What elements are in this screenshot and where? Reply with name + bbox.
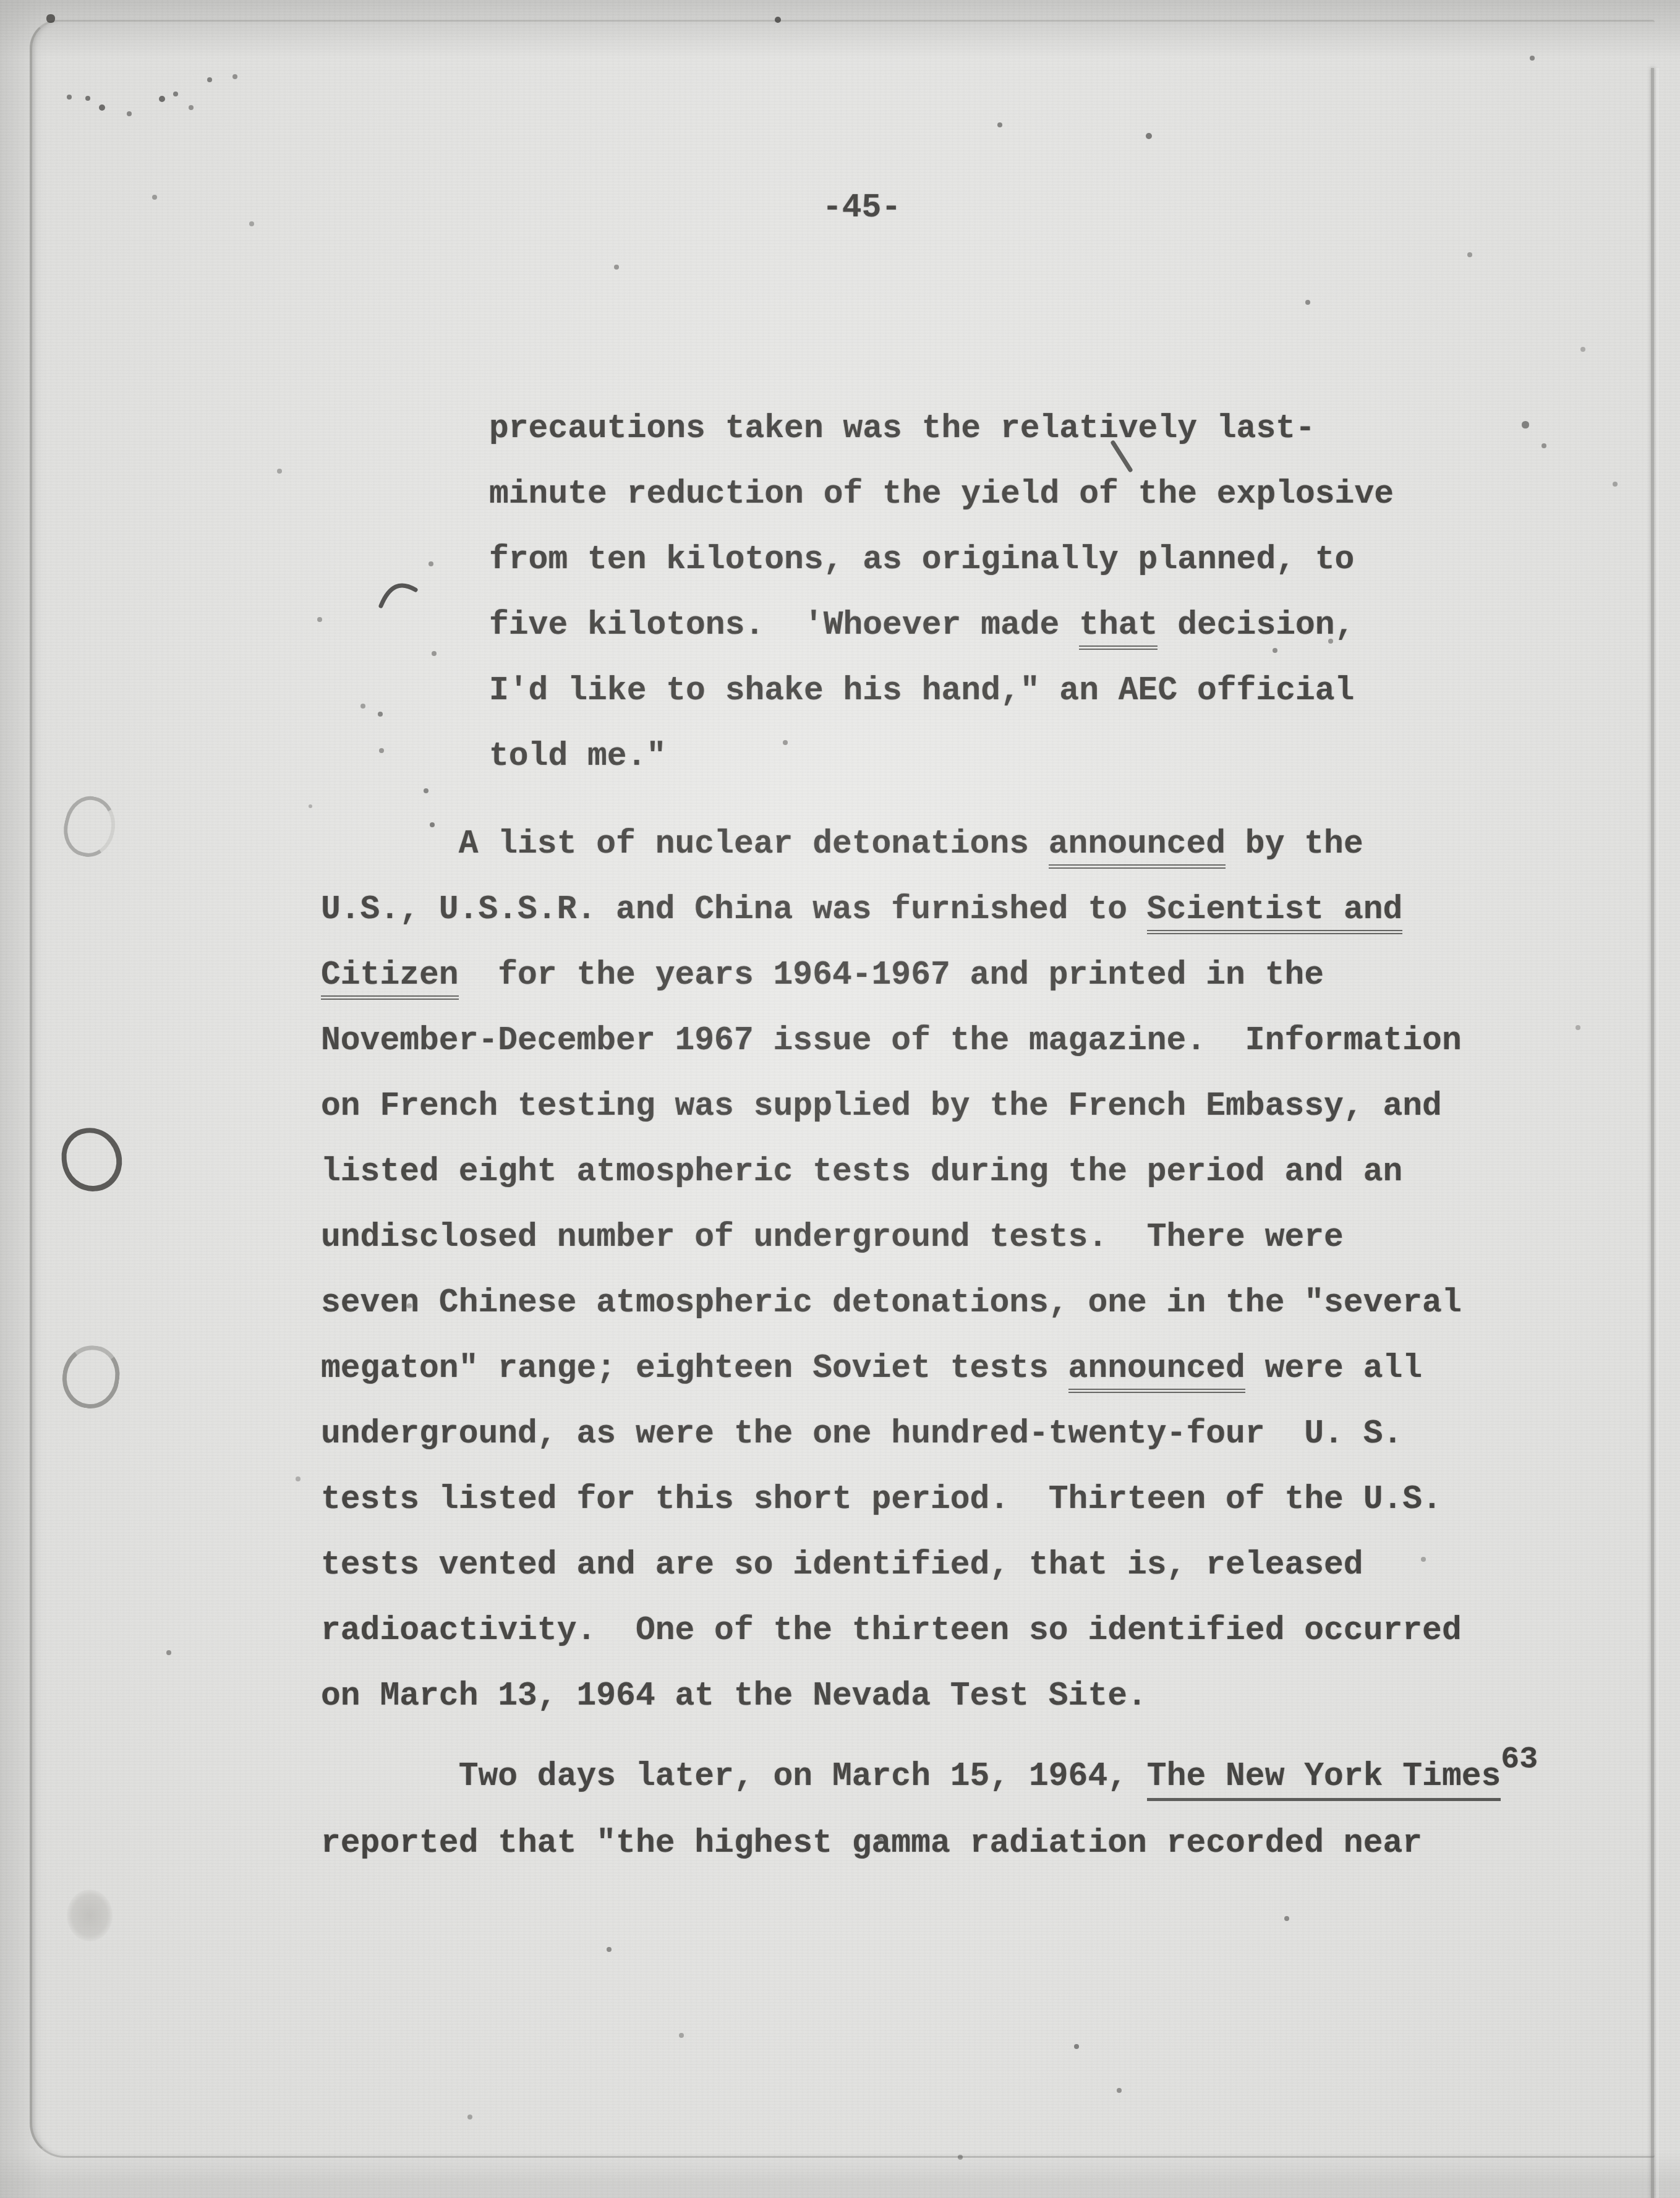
text-segment: November-December 1967 issue of the maga… [321, 1022, 1462, 1059]
text-line: reported that "the highest gamma radiati… [321, 1810, 1545, 1876]
text-line: Two days later, on March 15, 1964, The N… [321, 1744, 1545, 1810]
hole-punch-smudge-bottom [67, 1889, 113, 1941]
text-segment: radioactivity. One of the thirteen so id… [321, 1612, 1462, 1649]
text-line: underground, as were the one hundred-twe… [321, 1401, 1545, 1467]
text-line: listed eight atmospheric tests during th… [321, 1139, 1545, 1204]
text-segment: from ten kilotons, as originally planned… [489, 541, 1354, 578]
footnote-reference: 63 [1501, 1742, 1538, 1778]
text-line: minute reduction of the yield of the exp… [489, 461, 1545, 527]
text-segment: minute reduction of the yield of the exp… [489, 475, 1394, 513]
text-line: precautions taken was the relatively las… [489, 396, 1545, 461]
underlined-text: announced [1049, 825, 1226, 869]
underlined-text: The New York Times [1147, 1758, 1501, 1801]
text-line: on French testing was supplied by the Fr… [321, 1073, 1545, 1139]
hole-punch-ring-lower [58, 1342, 123, 1412]
text-line: tests vented and are so identified, that… [321, 1532, 1545, 1598]
text-segment: seven Chinese atmospheric detonations, o… [321, 1284, 1462, 1321]
underlined-text: Scientist and [1147, 891, 1402, 934]
text-segment: were all [1245, 1350, 1422, 1387]
block-quote: precautions taken was the relatively las… [489, 396, 1545, 789]
scanned-typewritten-page: -45- precautions taken was the relativel… [0, 0, 1680, 2198]
text-line: on March 13, 1964 at the Nevada Test Sit… [321, 1663, 1545, 1729]
text-line: from ten kilotons, as originally planned… [489, 527, 1545, 592]
text-line: U.S., U.S.S.R. and China was furnished t… [321, 877, 1545, 942]
text-line: I'd like to shake his hand," an AEC offi… [489, 658, 1545, 723]
text-segment: decision, [1158, 607, 1354, 644]
hole-punch-ring-top [58, 791, 121, 863]
text-segment: megaton" range; eighteen Soviet tests [321, 1350, 1068, 1387]
text-segment: on French testing was supplied by the Fr… [321, 1088, 1442, 1125]
text-segment: tests vented and are so identified, that… [321, 1546, 1363, 1583]
page-number: -45- [822, 189, 901, 226]
underlined-text: announced [1068, 1350, 1245, 1393]
text-segment: listed eight atmospheric tests during th… [321, 1153, 1402, 1190]
text-segment: for the years 1964-1967 and printed in t… [459, 956, 1324, 994]
paragraph-detonation-list: A list of nuclear detonations announced … [321, 811, 1545, 1729]
text-segment: precautions taken was the relatively las… [489, 410, 1315, 447]
text-segment: told me." [489, 738, 666, 775]
text-line: A list of nuclear detonations announced … [321, 811, 1545, 877]
text-line: megaton" range; eighteen Soviet tests an… [321, 1335, 1545, 1401]
text-segment: undisclosed number of underground tests.… [321, 1219, 1344, 1256]
text-line: told me." [489, 723, 1545, 789]
text-line: undisclosed number of underground tests.… [321, 1204, 1545, 1270]
typewritten-text: precautions taken was the relatively las… [321, 396, 1545, 1876]
text-segment: A list of nuclear detonations [321, 825, 1049, 863]
text-segment: reported that "the highest gamma radiati… [321, 1825, 1422, 1862]
text-segment: on March 13, 1964 at the Nevada Test Sit… [321, 1677, 1147, 1715]
text-line: seven Chinese atmospheric detonations, o… [321, 1270, 1545, 1335]
text-line: five kilotons. 'Whoever made that decisi… [489, 592, 1545, 658]
text-segment: Two days later, on March 15, 1964, [321, 1758, 1147, 1795]
hole-punch-ring-middle [59, 1125, 125, 1195]
text-segment: tests listed for this short period. Thir… [321, 1481, 1442, 1518]
dust-specks [0, 0, 2, 2]
text-line: November-December 1967 issue of the maga… [321, 1008, 1545, 1073]
scan-right-edge [1651, 68, 1654, 2198]
underlined-text: Citizen [321, 956, 459, 1000]
text-line: Citizen for the years 1964-1967 and prin… [321, 942, 1545, 1008]
text-segment: by the [1226, 825, 1363, 863]
underlined-text: that [1079, 607, 1158, 650]
text-segment: underground, as were the one hundred-twe… [321, 1415, 1402, 1452]
text-segment: five kilotons. 'Whoever made [489, 607, 1079, 644]
text-segment: I'd like to shake his hand," an AEC offi… [489, 672, 1354, 709]
text-segment: U.S., U.S.S.R. and China was furnished t… [321, 891, 1147, 928]
text-line: radioactivity. One of the thirteen so id… [321, 1598, 1545, 1663]
paragraph-nyt-report: Two days later, on March 15, 1964, The N… [321, 1744, 1545, 1876]
text-line: tests listed for this short period. Thir… [321, 1467, 1545, 1532]
